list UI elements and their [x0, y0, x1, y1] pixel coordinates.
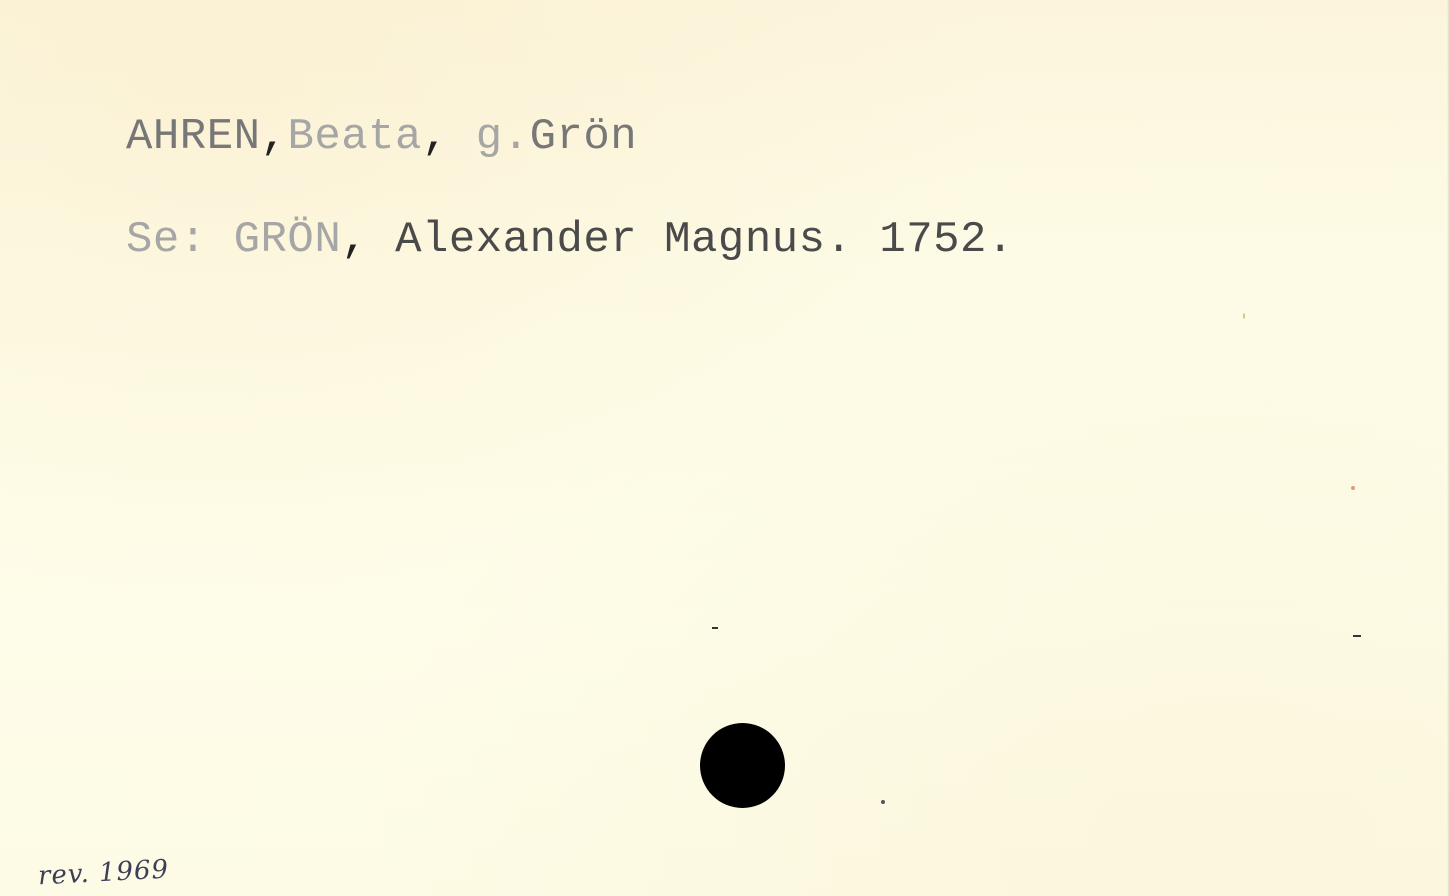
see-prefix: Se:	[126, 215, 207, 265]
card-heading: AHREN,Beata, g.Grön	[126, 115, 637, 159]
paper-speck	[881, 800, 885, 804]
heading-married-abbrev: g.	[476, 112, 530, 162]
see-reference: Se: GRÖN, Alexander Magnus. 1752.	[126, 218, 1014, 262]
punch-hole	[700, 723, 785, 808]
index-card: AHREN,Beata, g.Grön Se: GRÖN, Alexander …	[0, 0, 1450, 896]
paper-speck	[1351, 486, 1355, 490]
heading-comma: ,	[422, 112, 449, 162]
paper-speck	[1243, 313, 1245, 319]
heading-surname: AHREN	[126, 112, 261, 162]
see-ref-given-names: Alexander Magnus.	[395, 215, 852, 265]
paper-mark	[1353, 635, 1361, 637]
heading-married-name: Grön	[530, 112, 638, 162]
heading-comma: ,	[261, 112, 288, 162]
paper-mark	[712, 627, 718, 629]
see-comma: ,	[341, 215, 368, 265]
see-year: 1752.	[879, 215, 1014, 265]
handwritten-revision-note: rev. 1969	[37, 855, 170, 892]
heading-given-name: Beata	[287, 112, 422, 162]
see-ref-surname: GRÖN	[234, 215, 342, 265]
